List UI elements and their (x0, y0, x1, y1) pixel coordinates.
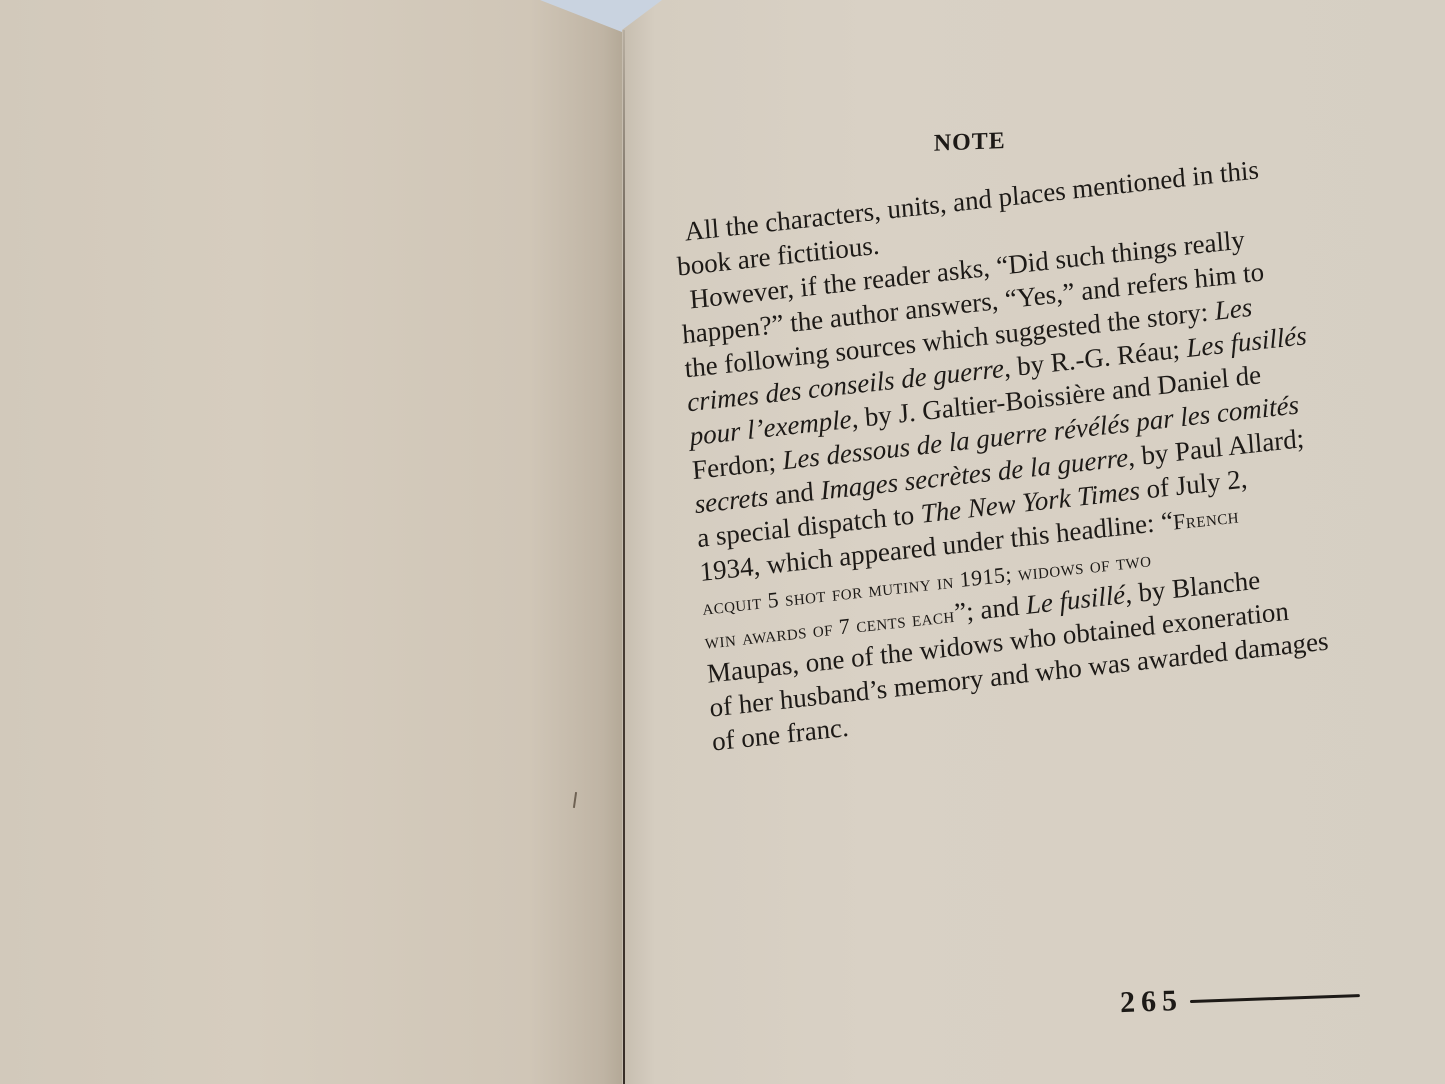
note-text-block: NOTE All the characters, units, and plac… (665, 27, 1391, 779)
book-gutter (623, 30, 625, 1084)
text-span: and (767, 476, 821, 512)
page-number: 265 (1119, 984, 1183, 1020)
text-span: Ferdon; (691, 446, 777, 485)
italic-title: secrets (694, 481, 770, 519)
italic-title: Les (1214, 292, 1253, 326)
text-span: ”; and (953, 590, 1027, 628)
headline-smallcaps: French (1172, 502, 1240, 534)
text-span: of July 2, (1139, 463, 1249, 505)
left-page (0, 0, 622, 1084)
page-title: NOTE (934, 128, 1006, 158)
book-photo: NOTE All the characters, units, and plac… (0, 0, 1445, 1084)
